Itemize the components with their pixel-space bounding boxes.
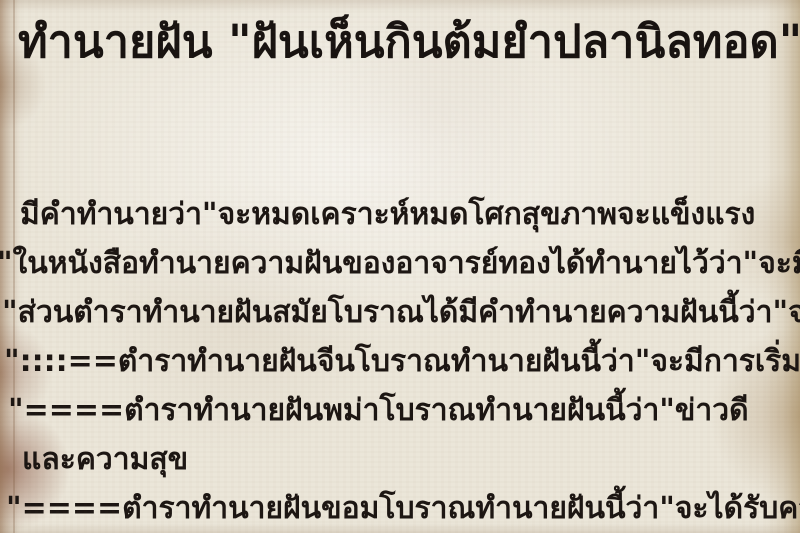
article-body: มีคำทำนายว่า"จะหมดเคราะห์หมดโศกสุขภาพจะแ… xyxy=(0,190,800,533)
body-line: มีคำทำนายว่า"จะหมดเคราะห์หมดโศกสุขภาพจะแ… xyxy=(0,190,800,239)
body-line: "====ตำราทำนายฝันขอมโบราณทำนายฝันนี้ว่า"… xyxy=(0,484,800,533)
body-line: "====ตำราทำนายฝันพม่าโบราณทำนายฝันนี้ว่า… xyxy=(0,386,800,435)
dream-interpretation-page: ทำนายฝัน "ฝันเห็นกินต้มยำปลานิลทอด" มีคำ… xyxy=(0,0,800,533)
page-title: ทำนายฝัน "ฝันเห็นกินต้มยำปลานิลทอด" xyxy=(18,8,800,76)
body-line: "ส่วนตำราทำนายฝันสมัยโบราณได้มีคำทำนายคว… xyxy=(0,288,800,337)
body-line: "ในหนังสือทำนายความฝันของอาจารย์ทองได้ทำ… xyxy=(0,239,800,288)
body-line: "::::==ตำราทำนายฝันจีนโบราณทำนายฝันนี้ว่… xyxy=(0,337,800,386)
body-line: และความสุข xyxy=(0,435,800,484)
